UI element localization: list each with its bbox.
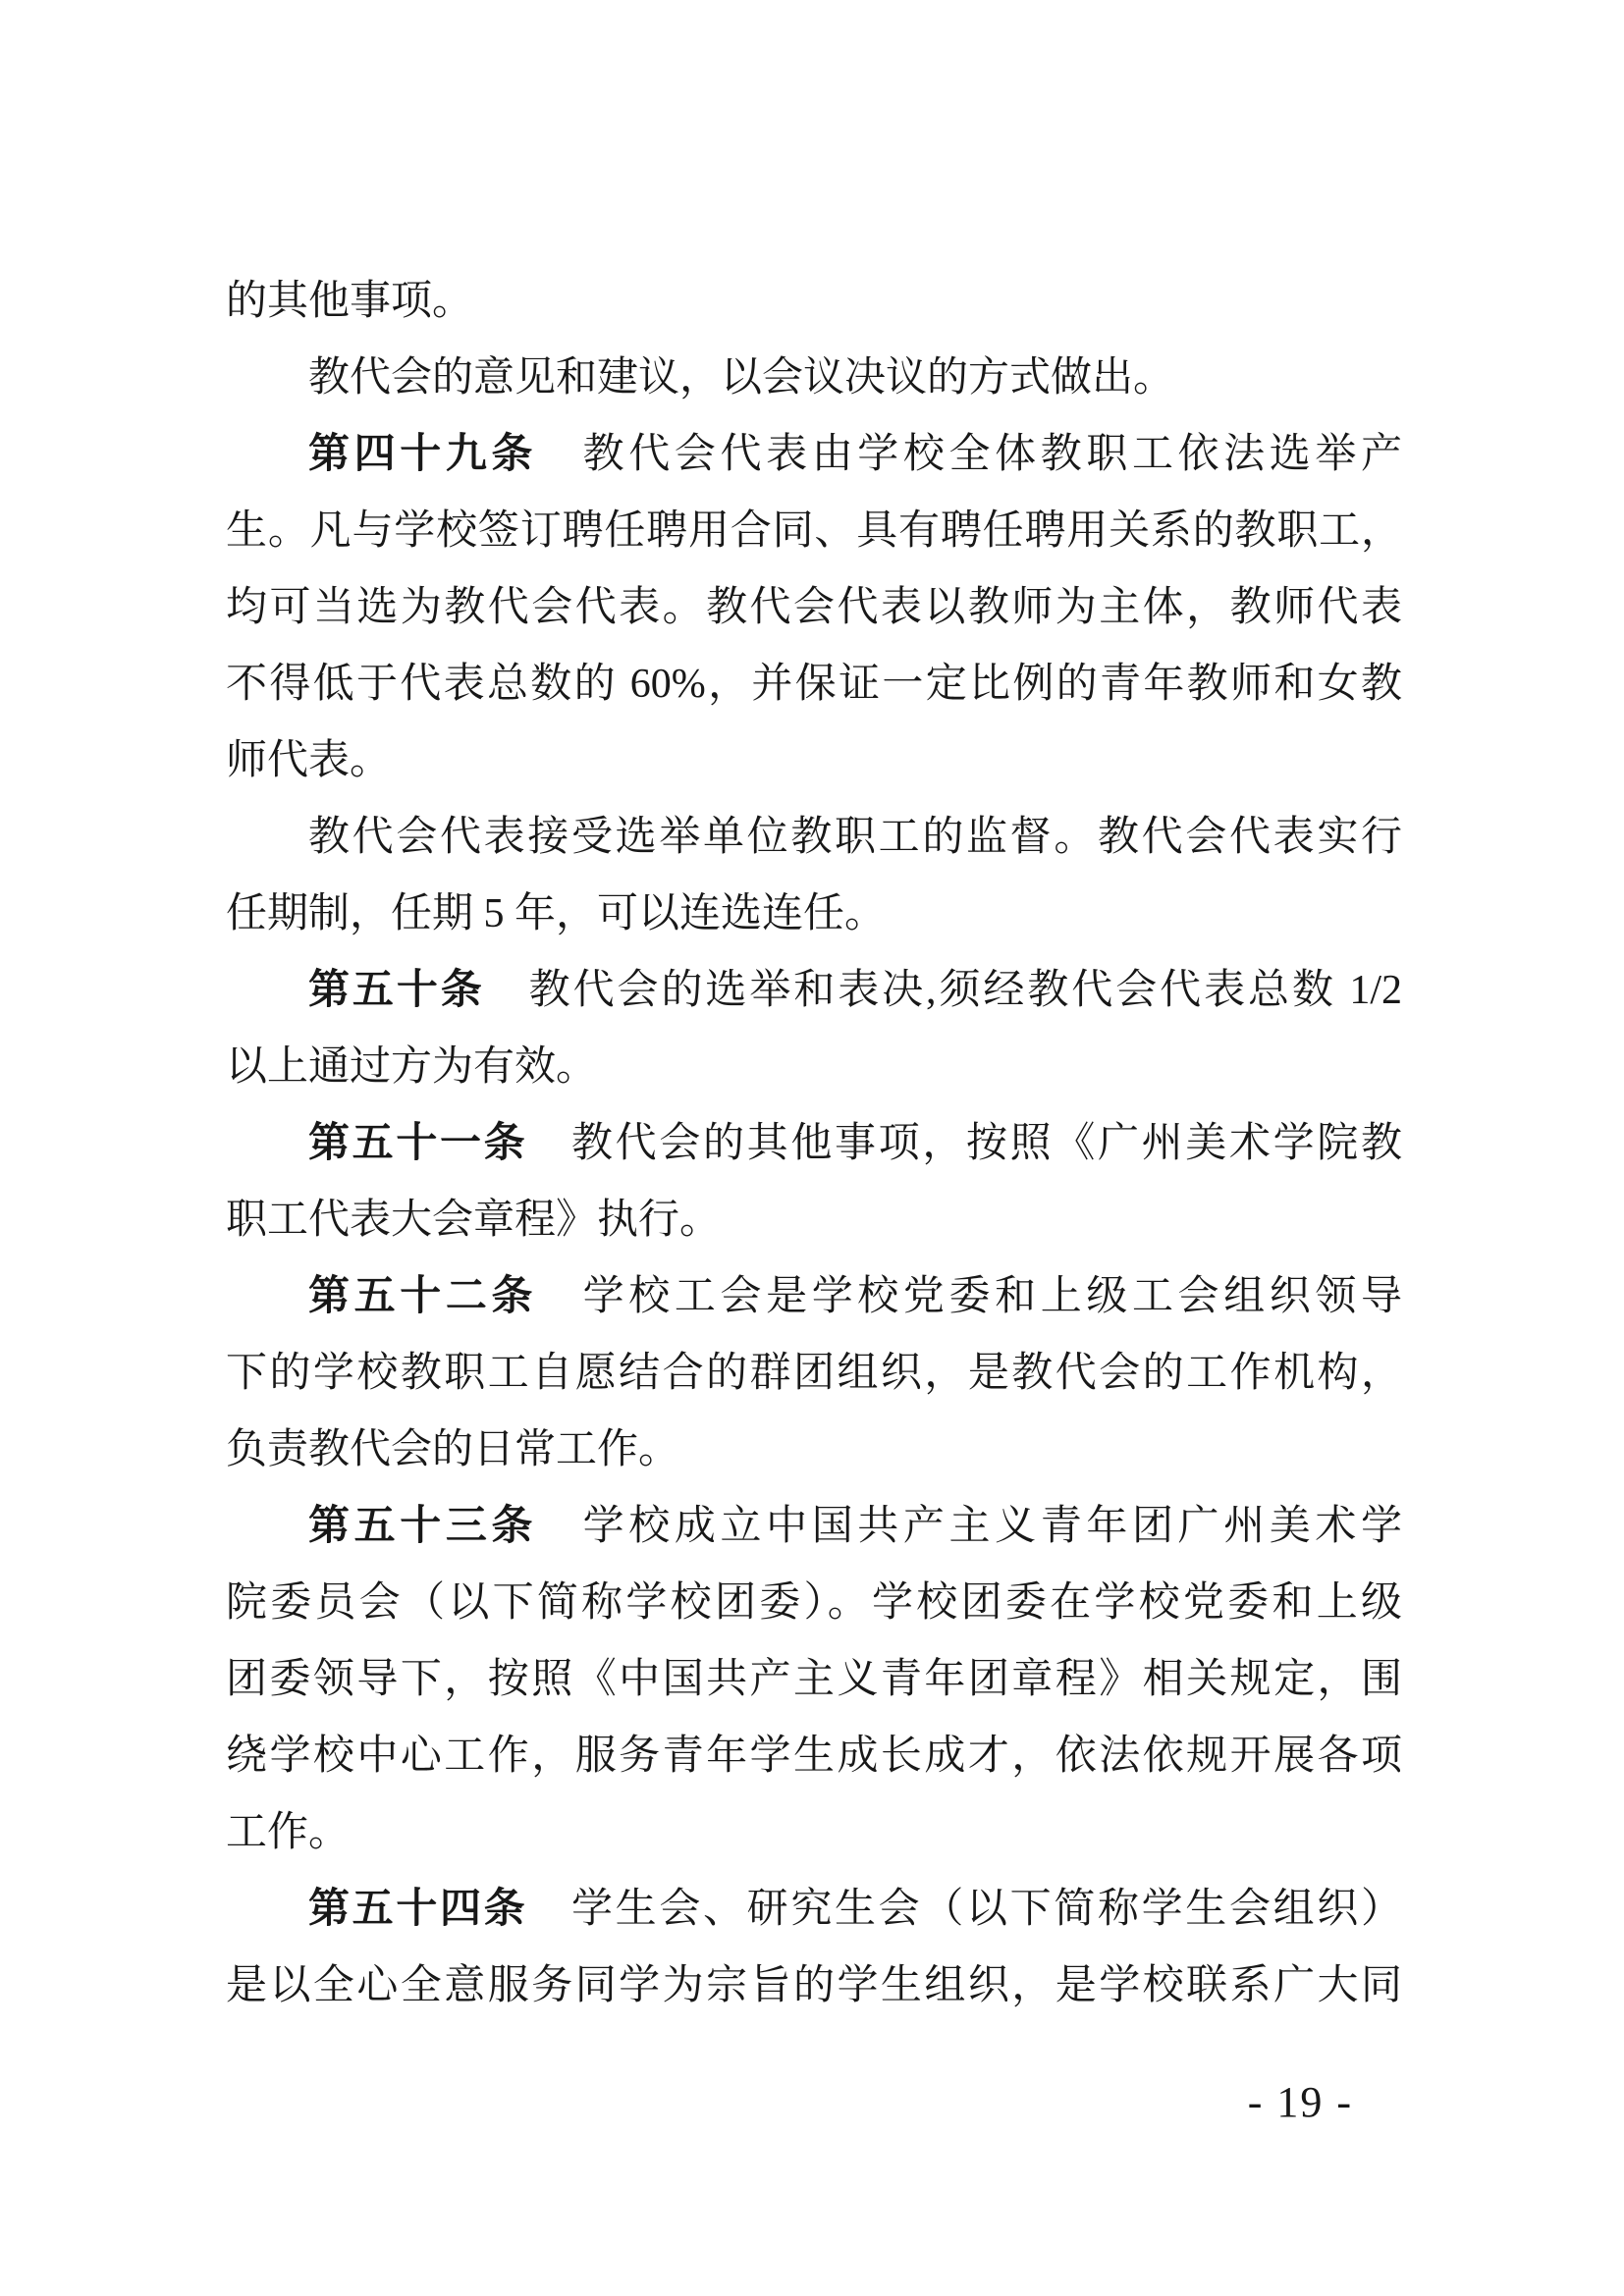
text-line-body: 师代表。	[226, 738, 391, 783]
text-line: 职工代表大会章程》执行。	[226, 1182, 1402, 1258]
text-line: 均可当选为教代会代表。教代会代表以教师为主体，教师代表	[226, 569, 1402, 646]
text-line: 生。凡与学校签订聘任聘用合同、具有聘任聘用关系的教职工，	[226, 493, 1402, 569]
text-line: 教代会代表接受选举单位教职工的监督。教代会代表实行	[226, 799, 1402, 876]
text-line-body: 负责教代会的日常工作。	[226, 1427, 679, 1472]
text-line: 的其他事项。	[226, 263, 1402, 340]
article-heading: 第五十三条	[308, 1504, 537, 1549]
text-line-body: 教代会代表由学校全体教职工依法选举产	[537, 432, 1402, 477]
text-line: 任期制，任期 5 年，可以连选连任。	[226, 876, 1402, 952]
text-line: 教代会的意见和建议，以会议决议的方式做出。	[226, 340, 1402, 416]
text-line: 下的学校教职工自愿结合的群团组织，是教代会的工作机构，	[226, 1335, 1402, 1412]
text-line-body: 以上通过方为有效。	[226, 1044, 597, 1090]
text-line: 以上通过方为有效。	[226, 1029, 1402, 1105]
text-line-body: 均可当选为教代会代表。教代会代表以教师为主体，教师代表	[226, 585, 1402, 630]
text-line-article-53: 第五十三条 学校成立中国共产主义青年团广州美术学	[226, 1488, 1402, 1565]
text-line-body: 院委员会（以下简称学校团委）。学校团委在学校党委和上级	[226, 1580, 1402, 1626]
text-line: 院委员会（以下简称学校团委）。学校团委在学校党委和上级	[226, 1565, 1402, 1641]
text-line: 绕学校中心工作，服务青年学生成长成才，依法依规开展各项	[226, 1718, 1402, 1794]
text-line-body: 的其他事项。	[226, 279, 473, 324]
text-line: 团委领导下，按照《中国共产主义青年团章程》相关规定，围	[226, 1641, 1402, 1718]
text-line-body: 任期制，任期 5 年，可以连选连任。	[226, 891, 886, 936]
text-line-body: 学校工会是学校党委和上级工会组织领导	[537, 1274, 1402, 1319]
text-line-body: 学生会、研究生会（以下简称学生会组织）	[527, 1887, 1402, 1932]
text-line-body: 绕学校中心工作，服务青年学生成长成才，依法依规开展各项	[226, 1734, 1402, 1779]
charter-text-block: 的其他事项。 教代会的意见和建议，以会议决议的方式做出。 第四十九条 教代会代表…	[226, 263, 1402, 2024]
text-line-body: 是以全心全意服务同学为宗旨的学生组织，是学校联系广大同	[226, 1963, 1402, 2008]
text-line-body: 学校成立中国共产主义青年团广州美术学	[537, 1504, 1402, 1549]
text-line-body: 工作。	[226, 1810, 350, 1855]
text-line: 工作。	[226, 1794, 1402, 1871]
text-line-body: 教代会的选举和表决,须经教代会代表总数 1/2	[485, 968, 1402, 1013]
article-heading: 第五十条	[308, 968, 485, 1013]
article-heading: 第五十一条	[308, 1121, 527, 1166]
text-line-body: 生。凡与学校签订聘任聘用合同、具有聘任聘用关系的教职工，	[226, 508, 1402, 554]
text-line-body: 团委领导下，按照《中国共产主义青年团章程》相关规定，围	[226, 1657, 1402, 1702]
article-heading: 第四十九条	[308, 432, 537, 477]
text-line-body: 教代会代表接受选举单位教职工的监督。教代会代表实行	[308, 815, 1402, 860]
text-line-body: 下的学校教职工自愿结合的群团组织，是教代会的工作机构，	[226, 1351, 1402, 1396]
text-line: 负责教代会的日常工作。	[226, 1412, 1402, 1488]
text-line-body: 教代会的意见和建议，以会议决议的方式做出。	[308, 355, 1174, 400]
text-line-body: 不得低于代表总数的 60%，并保证一定比例的青年教师和女教	[226, 662, 1402, 707]
text-line-article-51: 第五十一条 教代会的其他事项，按照《广州美术学院教	[226, 1105, 1402, 1182]
document-page: 的其他事项。 教代会的意见和建议，以会议决议的方式做出。 第四十九条 教代会代表…	[0, 0, 1624, 2296]
text-line-article-49: 第四十九条 教代会代表由学校全体教职工依法选举产	[226, 416, 1402, 493]
text-line-article-50: 第五十条 教代会的选举和表决,须经教代会代表总数 1/2	[226, 952, 1402, 1029]
text-line: 是以全心全意服务同学为宗旨的学生组织，是学校联系广大同	[226, 1948, 1402, 2024]
text-line-article-54: 第五十四条 学生会、研究生会（以下简称学生会组织）	[226, 1871, 1402, 1948]
text-line-body: 教代会的其他事项，按照《广州美术学院教	[527, 1121, 1402, 1166]
text-line-body: 职工代表大会章程》执行。	[226, 1198, 721, 1243]
page-number: - 19 -	[0, 2073, 1353, 2132]
article-heading: 第五十二条	[308, 1274, 537, 1319]
article-heading: 第五十四条	[308, 1887, 527, 1932]
text-line: 不得低于代表总数的 60%，并保证一定比例的青年教师和女教	[226, 646, 1402, 722]
text-line-article-52: 第五十二条 学校工会是学校党委和上级工会组织领导	[226, 1258, 1402, 1335]
text-line: 师代表。	[226, 722, 1402, 799]
